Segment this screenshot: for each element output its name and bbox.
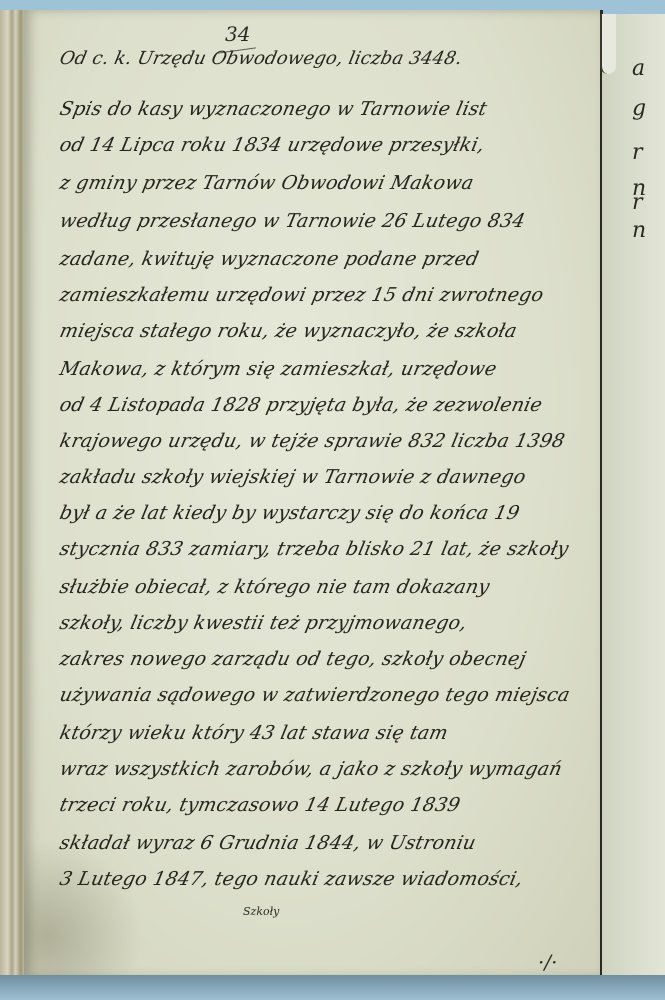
text-line: składał wyraz 6 Grudnia 1844, w Ustroniu: [58, 832, 478, 854]
adjacent-page-glyph: r: [632, 140, 643, 165]
text-line: zakładu szkoły wiejskiej w Tarnowie z da…: [58, 466, 528, 488]
text-line: Spis do kasy wyznaczonego w Tarnowie lis…: [58, 98, 489, 120]
text-line: od 4 Listopada 1828 przyjęta była, że ze…: [58, 394, 545, 416]
text-line: służbie obiecał, z którego nie tam dokaz…: [58, 576, 492, 598]
adjacent-page-glyph: n: [632, 218, 646, 243]
text-line: zadane, kwituję wyznaczone podane przed: [58, 248, 481, 270]
text-line: według przesłanego w Tarnowie 26 Lutego …: [58, 210, 527, 232]
text-line: zakres nowego zarządu od tego, szkoły ob…: [58, 648, 528, 670]
text-line: którzy wieku który 43 lat stawa się tam: [58, 722, 450, 744]
text-line: miejsca stałego roku, że wyznaczyło, że …: [58, 320, 519, 342]
text-line: szkoły, liczby kwestii też przyjmowanego…: [58, 612, 469, 634]
text-line: 3 Lutego 1847, tego nauki zawsze wiadomo…: [58, 868, 525, 890]
text-line: od 14 Lipca roku 1834 urzędowe przesyłki…: [58, 134, 487, 156]
text-line: Makowa, z którym się zamieszkał, urzędow…: [58, 358, 499, 380]
book-binding-edge: [0, 10, 26, 985]
adjacent-page-glyph: r: [632, 190, 643, 215]
text-line: wraz wszystkich zarobów, a jako z szkoły…: [58, 758, 565, 780]
text-line: trzeci roku, tymczasowo 14 Lutego 1839: [58, 794, 463, 816]
heading-line: Od c. k. Urzędu Obwodowego, liczba 3448.: [58, 48, 464, 69]
adjacent-page-glyph: g: [632, 96, 646, 121]
text-line: krajowego urzędu, w tejże sprawie 832 li…: [58, 430, 567, 452]
text-line: stycznia 833 zamiary, trzeba blisko 21 l…: [58, 538, 571, 560]
interlinear-note: Szkoły: [243, 905, 279, 918]
scan-background-bottom: [0, 975, 665, 1000]
adjacent-page-glyph: a: [632, 56, 645, 81]
page-number: 34: [225, 22, 250, 46]
page-fold: [600, 14, 616, 74]
text-line: z gminy przez Tarnów Obwodowi Makowa: [58, 172, 476, 194]
text-line: był a że lat kiedy by wystarczy się do k…: [58, 502, 522, 524]
text-line: używania sądowego w zatwierdzonego tego …: [58, 684, 572, 706]
age-stain: [24, 838, 144, 978]
text-line: zamieszkałemu urzędowi przez 15 dni zwro…: [58, 284, 546, 306]
closing-mark: ·/·: [538, 950, 557, 974]
